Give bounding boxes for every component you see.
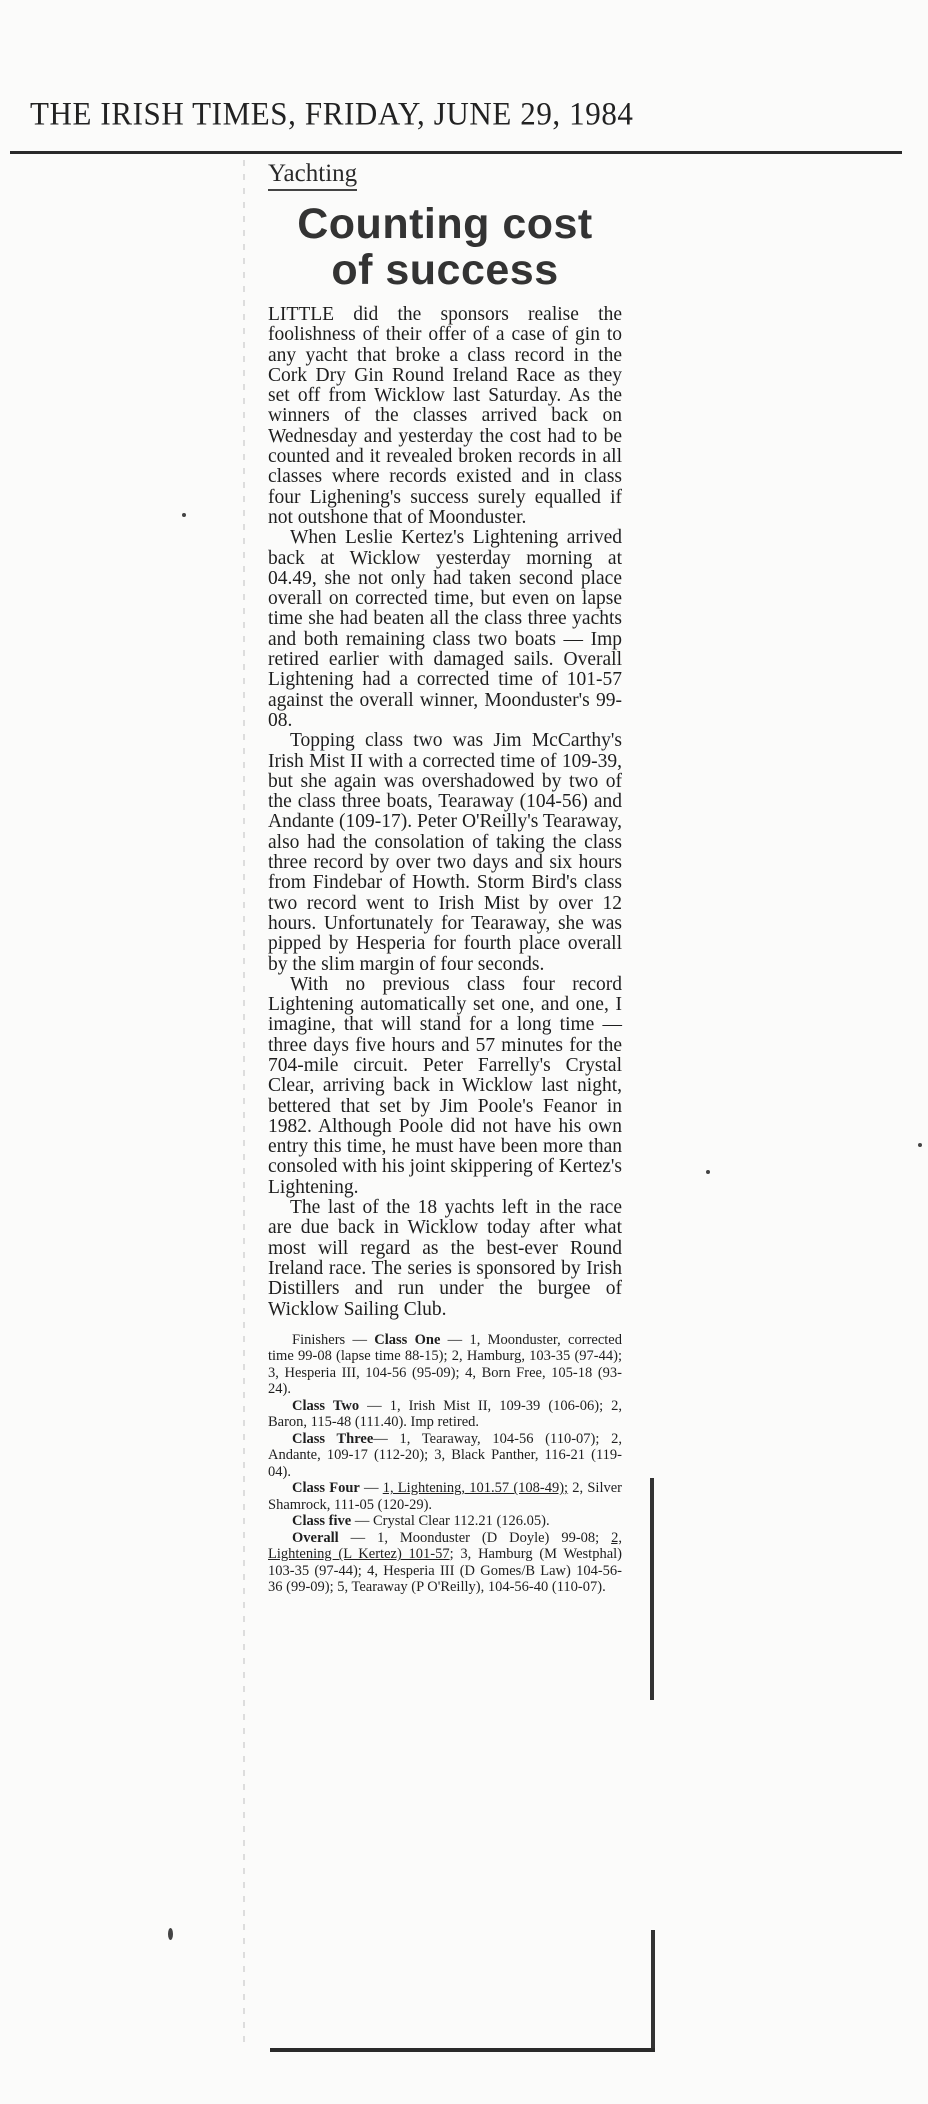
results-overall: Overall — 1, Moonduster (D Doyle) 99-08;… [268, 1530, 622, 1596]
speck [706, 1170, 710, 1174]
paragraph: LITTLE did the sponsors realise the fool… [268, 305, 622, 528]
margin-mark [650, 1478, 654, 1700]
paragraph: When Leslie Kertez's Lightening arrived … [268, 528, 622, 731]
headline-line-2: of success [268, 247, 622, 293]
margin-mark [651, 1930, 655, 2050]
article-column: Yachting Counting cost of success LITTLE… [268, 160, 622, 1596]
paragraph: With no previous class four record Light… [268, 975, 622, 1198]
speck [168, 1928, 173, 1940]
speck [182, 513, 186, 517]
results-class-four: Class Four — 1, Lightening, 101.57 (108-… [268, 1480, 622, 1513]
speck [918, 1143, 922, 1147]
results-class-two: Class Two — 1, Irish Mist II, 109-39 (10… [268, 1398, 622, 1431]
paragraph: The last of the 18 yachts left in the ra… [268, 1198, 622, 1320]
bottom-rule [270, 2048, 655, 2052]
results-class-five: Class five — Crystal Clear 112.21 (126.0… [268, 1513, 622, 1530]
results-class-three: Class Three— 1, Tearaway, 104-56 (110-07… [268, 1431, 622, 1481]
article-body: LITTLE did the sponsors realise the fool… [268, 305, 622, 1320]
masthead-rule [10, 151, 902, 154]
results-class-one: Finishers — Class One — 1, Moonduster, c… [268, 1332, 622, 1398]
paragraph: Topping class two was Jim McCarthy's Iri… [268, 731, 622, 975]
results-list: Finishers — Class One — 1, Moonduster, c… [268, 1332, 622, 1596]
headline: Counting cost of success [268, 201, 622, 293]
masthead: THE IRISH TIMES, FRIDAY, JUNE 29, 1984 [30, 95, 900, 133]
headline-line-1: Counting cost [268, 201, 622, 247]
clipping-edge [243, 160, 245, 2050]
section-label: Yachting [268, 160, 357, 191]
